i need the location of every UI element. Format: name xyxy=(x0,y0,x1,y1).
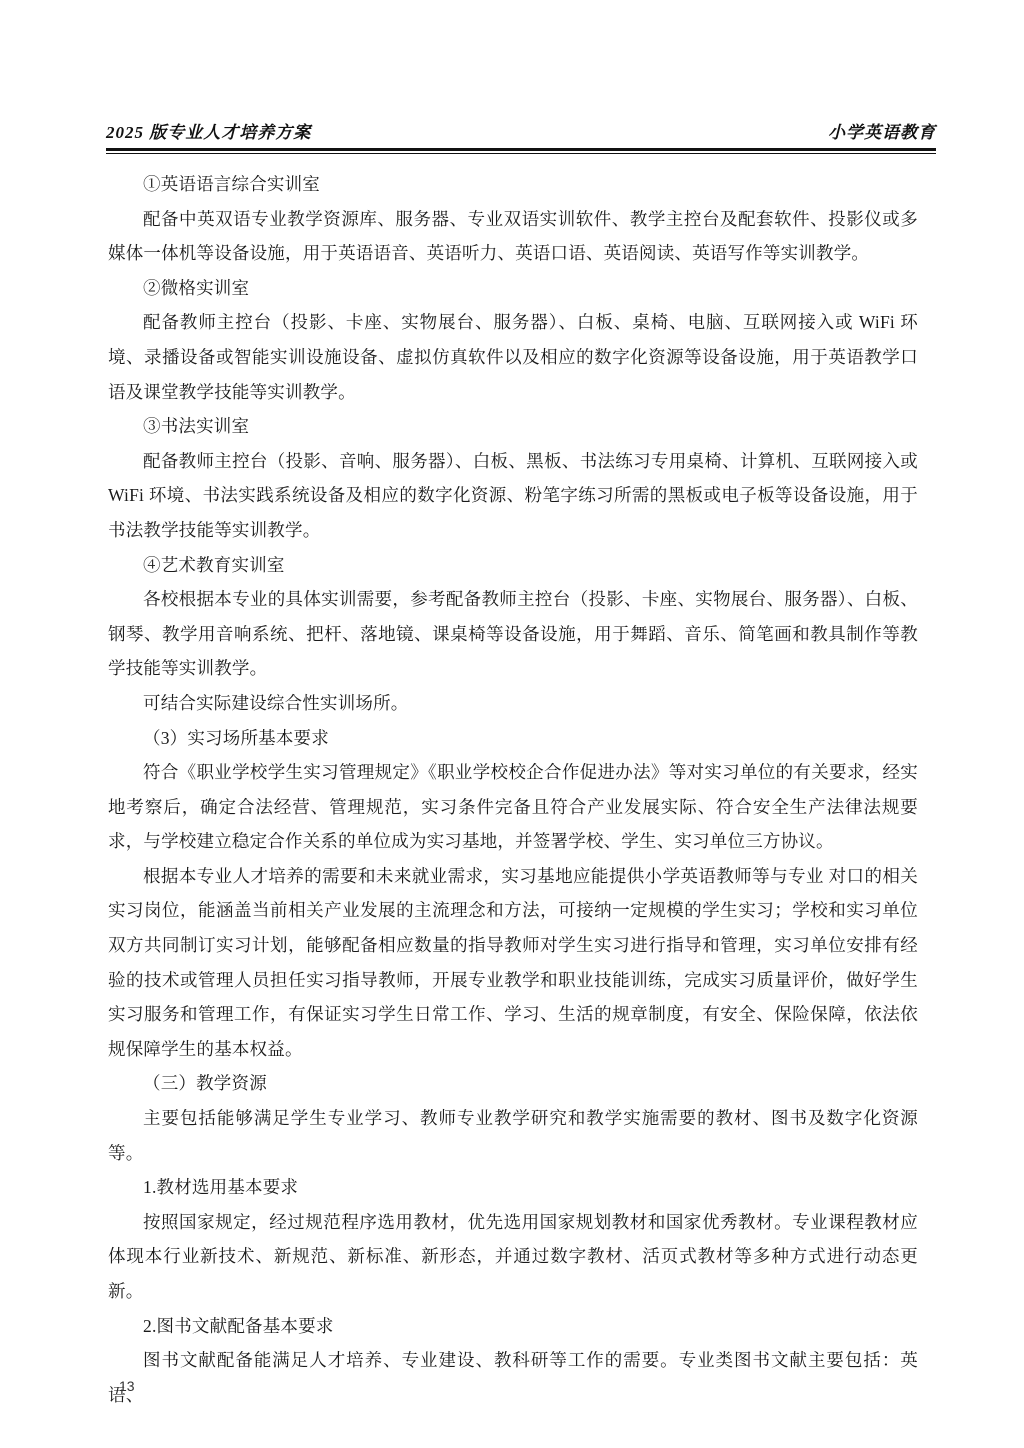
section-heading: ②微格实训室 xyxy=(108,271,918,306)
header-right-title: 小学英语教育 xyxy=(828,118,936,143)
section-heading: （三）教学资源 xyxy=(108,1066,918,1101)
section-heading: ①英语语言综合实训室 xyxy=(108,167,918,202)
section-heading: （3）实习场所基本要求 xyxy=(108,721,918,756)
paragraph: 配备中英双语专业教学资源库、服务器、专业双语实训软件、教学主控台及配套软件、投影… xyxy=(108,202,918,271)
header-divider-rule xyxy=(106,148,936,154)
paragraph: 配备教师主控台（投影、卡座、实物展台、服务器）、白板、桌椅、电脑、互联网接入或 … xyxy=(108,305,918,409)
paragraph: 按照国家规定，经过规范程序选用教材，优先选用国家规划教材和国家优秀教材。专业课程… xyxy=(108,1205,918,1309)
page-number: 13 xyxy=(119,1378,135,1394)
paragraph: 各校根据本专业的具体实训需要，参考配备教师主控台（投影、卡座、实物展台、服务器）… xyxy=(108,582,918,686)
section-heading: ③书法实训室 xyxy=(108,409,918,444)
section-heading: ④艺术教育实训室 xyxy=(108,548,918,583)
page-header: 2025 版专业人才培养方案 小学英语教育 xyxy=(106,118,936,149)
document-body: ①英语语言综合实训室 配备中英双语专业教学资源库、服务器、专业双语实训软件、教学… xyxy=(108,167,918,1412)
paragraph: 主要包括能够满足学生专业学习、教师专业教学研究和教学实施需要的教材、图书及数字化… xyxy=(108,1101,918,1170)
section-heading: 2.图书文献配备基本要求 xyxy=(108,1309,918,1344)
header-left-title: 2025 版专业人才培养方案 xyxy=(106,118,311,143)
paragraph: 根据本专业人才培养的需要和未来就业需求，实习基地应能提供小学英语教师等与专业 对… xyxy=(108,859,918,1067)
paragraph: 图书文献配备能满足人才培养、专业建设、教科研等工作的需要。专业类图书文献主要包括… xyxy=(108,1343,918,1412)
paragraph: 配备教师主控台（投影、音响、服务器）、白板、黑板、书法练习专用桌椅、计算机、互联… xyxy=(108,444,918,548)
paragraph: 符合《职业学校学生实习管理规定》《职业学校校企合作促进办法》等对实习单位的有关要… xyxy=(108,755,918,859)
document-page: 2025 版专业人才培养方案 小学英语教育 ①英语语言综合实训室 配备中英双语专… xyxy=(0,0,1024,1448)
section-heading: 1.教材选用基本要求 xyxy=(108,1170,918,1205)
paragraph: 可结合实际建设综合性实训场所。 xyxy=(108,686,918,721)
